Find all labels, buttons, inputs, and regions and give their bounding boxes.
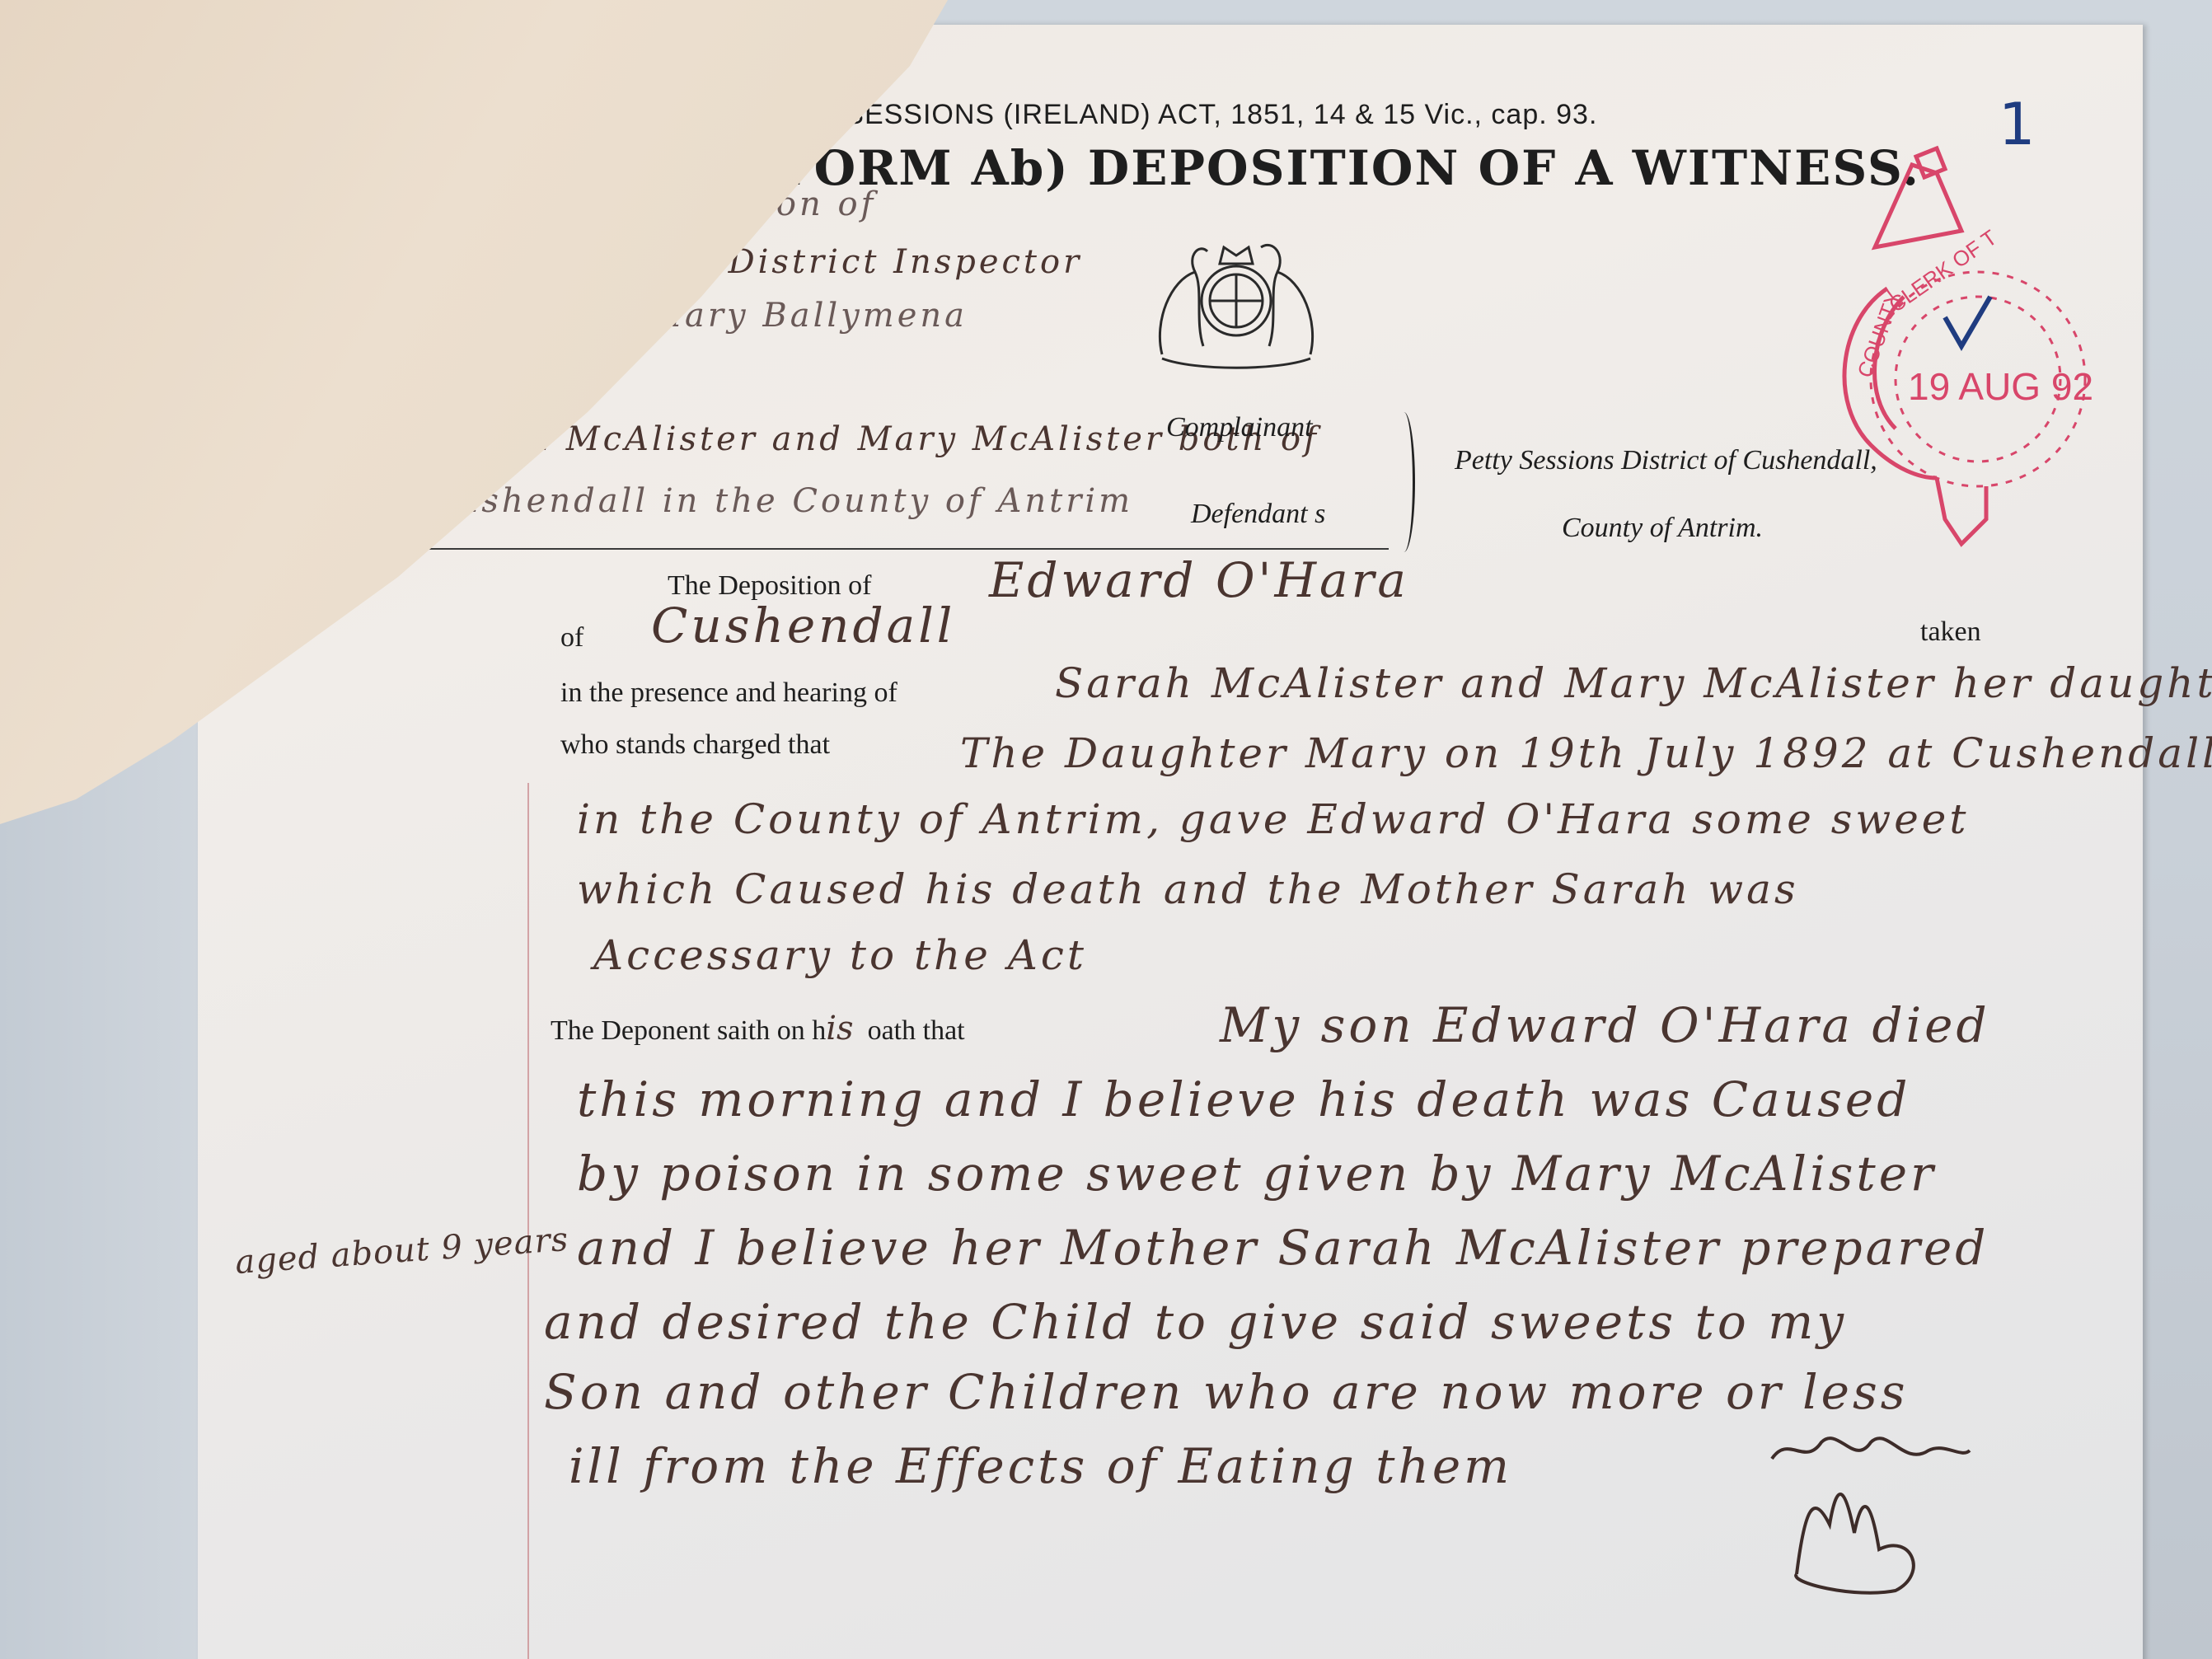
magistrate-signature <box>1764 1426 1978 1599</box>
complainant-label: Complainant <box>1166 412 1313 443</box>
charge-line-2: in the County of Antrim, gave Edward O'H… <box>577 795 1969 843</box>
testimony-line-1: My son Edward O'Hara died <box>1220 997 1990 1053</box>
charge-line-3: which Caused his death and the Mother Sa… <box>577 865 1799 913</box>
stamp-date: 19 AUG 92 <box>1908 365 2093 408</box>
presence-label: in the presence and hearing of <box>560 677 897 709</box>
presence-value: Sarah McAlister and Mary McAlister her d… <box>1055 659 2212 707</box>
of-label: of <box>560 622 583 654</box>
testimony-line-4: and I believe her Mother Sarah McAlister… <box>577 1220 1989 1276</box>
district-line2: County of Antrim. <box>1562 513 1763 544</box>
party-brace <box>1393 412 1415 552</box>
oath-label-start: The Deponent saith on h <box>551 1015 826 1046</box>
charged-label: who stands charged that <box>560 729 830 761</box>
defendants-label: Defendant s <box>1191 499 1325 530</box>
act-header: TY SESSIONS (IRELAND) ACT, 1851, 14 & 15… <box>799 99 1597 131</box>
oath-label-hand: is <box>826 1010 853 1047</box>
oath-label-end: oath that <box>868 1015 965 1046</box>
district-line1: Petty Sessions District of Cushendall, <box>1455 445 1877 476</box>
parties-underline <box>429 548 1389 550</box>
margin-rule <box>527 783 529 1659</box>
taken-label: taken <box>1920 616 1981 648</box>
deponent-name: Edward O'Hara <box>989 552 1409 608</box>
form-title: (FORM Ab) DEPOSITION OF A WITNESS. <box>754 140 1920 196</box>
deponent-residence: Cushendall <box>651 598 955 654</box>
testimony-line-3: by poison in some sweet given by Mary Mc… <box>577 1146 1937 1202</box>
county-clerk-date-stamp: COUNTY CLERK OF T 19 AUG 92 <box>1821 132 2118 560</box>
charge-line-4: Accessary to the Act <box>593 931 1087 979</box>
parties-line2: Cushendall in the County of Antrim <box>429 482 1133 520</box>
charge-line-1: The Daughter Mary on 19th July 1892 at C… <box>960 729 2212 777</box>
testimony-line-2: this morning and I believe his death was… <box>577 1071 1910 1127</box>
oath-label: The Deponent saith on his oath that <box>551 1010 965 1047</box>
testimony-line-7: ill from the Effects of Eating them <box>569 1438 1512 1494</box>
testimony-line-5: and desired the Child to give said sweet… <box>544 1294 1847 1350</box>
royal-coat-of-arms-icon <box>1113 223 1360 371</box>
testimony-line-6: Son and other Children who are now more … <box>544 1364 1908 1420</box>
